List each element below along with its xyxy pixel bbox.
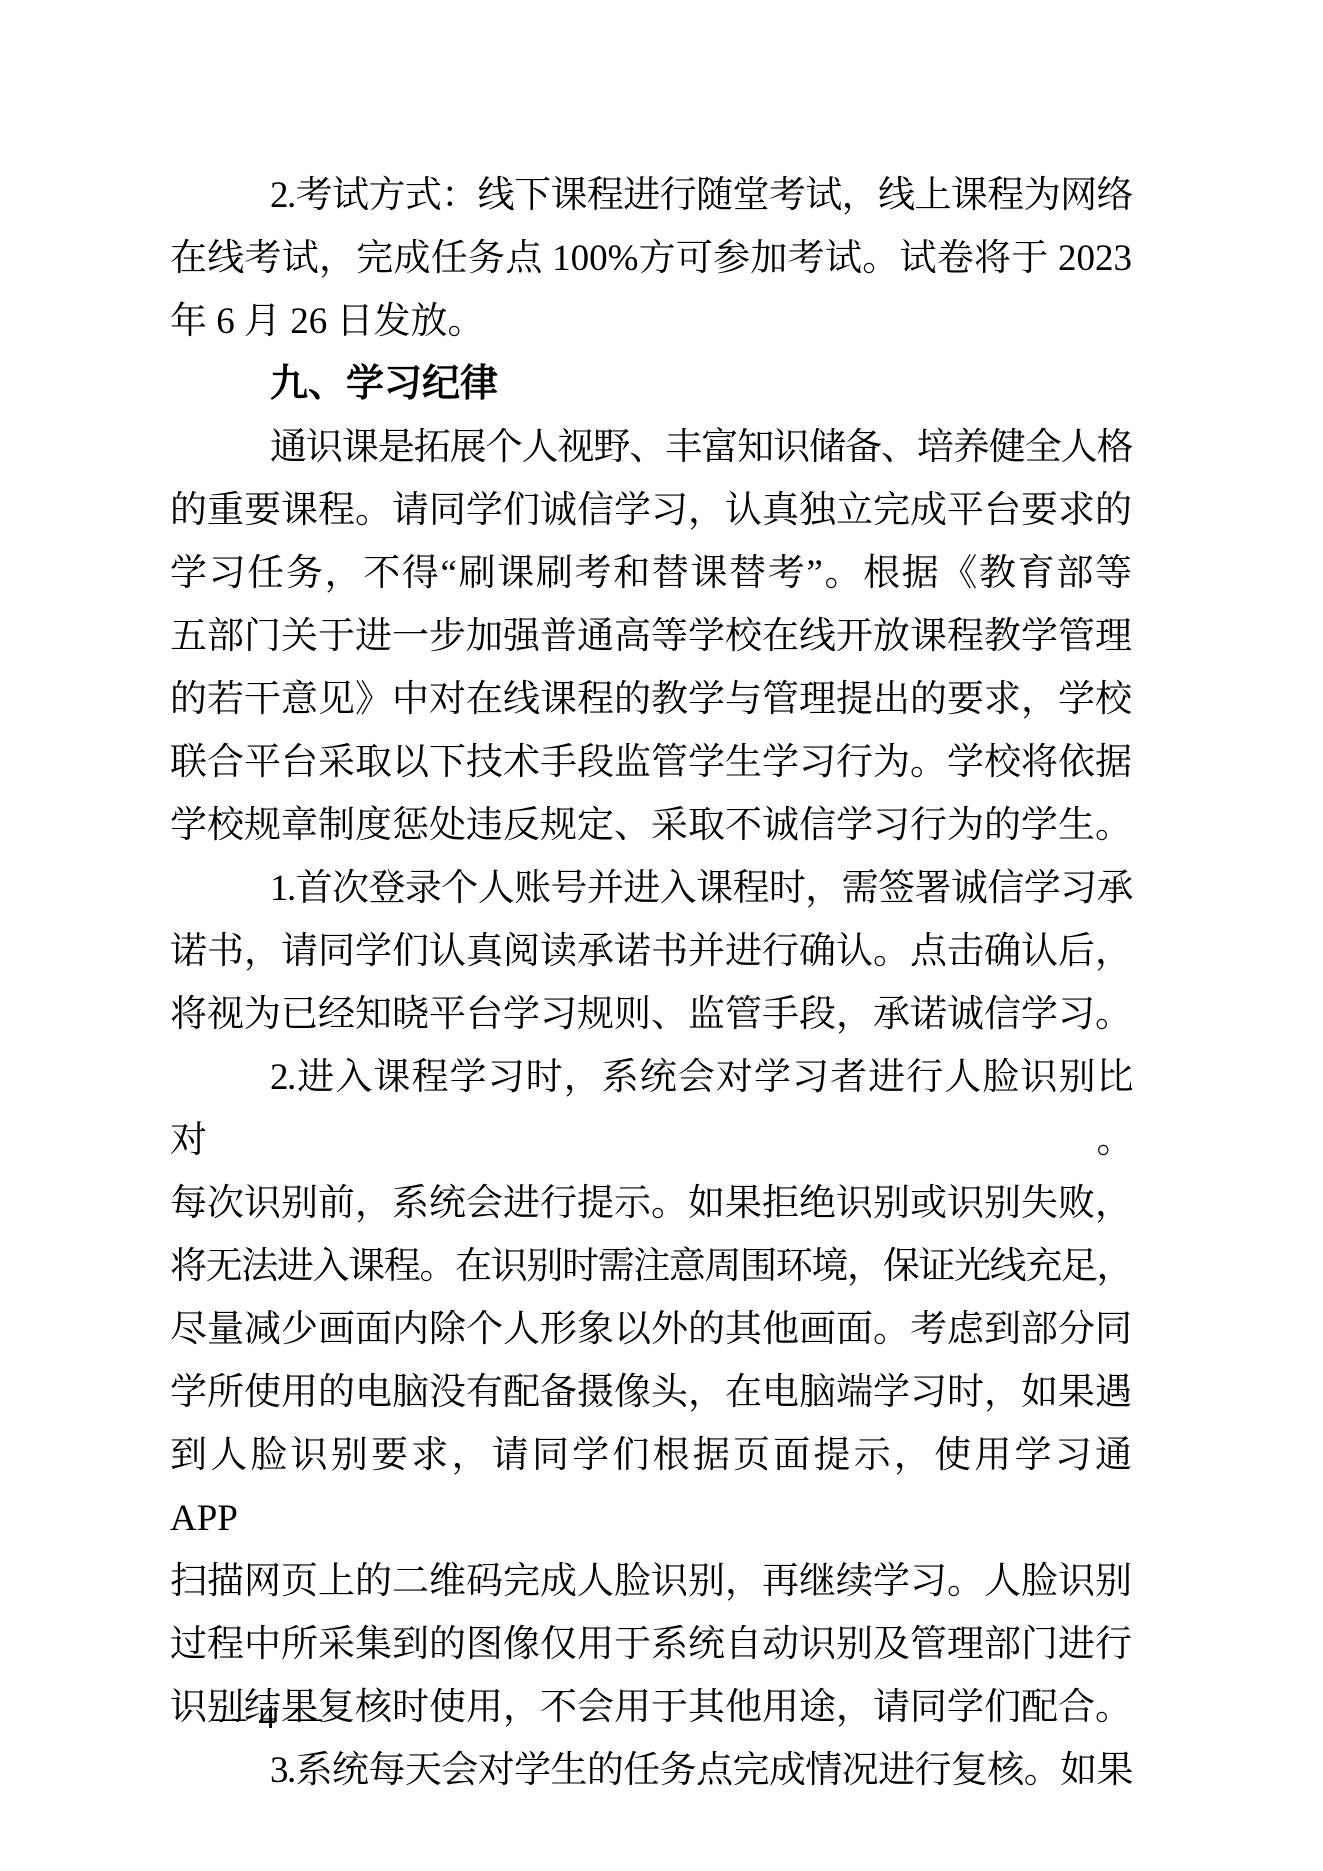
document-body: 2.考试方式：线下课程进行随堂考试，线上课程为网络 在线考试，完成任务点 100… bbox=[170, 164, 1132, 1802]
body-line: 尽量减少画面内除个人形象以外的其他画面。考虑到部分同 bbox=[170, 1298, 1132, 1361]
body-line: 学所使用的电脑没有配备摄像头，在电脑端学习时，如果遇 bbox=[170, 1361, 1132, 1424]
body-line: 2.进入课程学习时，系统会对学习者进行人脸识别比对。 bbox=[170, 1046, 1132, 1172]
body-line: 学校规章制度惩处违反规定、采取不诚信学习行为的学生。 bbox=[170, 794, 1132, 857]
body-line: 诺书，请同学们认真阅读承诺书并进行确认。点击确认后， bbox=[170, 920, 1132, 983]
document-page: 2.考试方式：线下课程进行随堂考试，线上课程为网络 在线考试，完成任务点 100… bbox=[0, 0, 1323, 1871]
body-line: 每次识别前，系统会进行提示。如果拒绝识别或识别失败， bbox=[170, 1172, 1132, 1235]
body-line: 的重要课程。请同学们诚信学习，认真独立完成平台要求的 bbox=[170, 479, 1132, 542]
body-line: 将无法进入课程。在识别时需注意周围环境，保证光线充足， bbox=[170, 1235, 1132, 1298]
body-line: 扫描网页上的二维码完成人脸识别，再继续学习。人脸识别 bbox=[170, 1550, 1132, 1613]
body-line: 1.首次登录个人账号并进入课程时，需签署诚信学习承 bbox=[170, 857, 1132, 920]
body-line: 五部门关于进一步加强普通高等学校在线开放课程教学管理 bbox=[170, 605, 1132, 668]
body-line: 年 6 月 26 日发放。 bbox=[170, 290, 1132, 353]
body-line: 过程中所采集到的图像仅用于系统自动识别及管理部门进行 bbox=[170, 1613, 1132, 1676]
body-line: 2.考试方式：线下课程进行随堂考试，线上课程为网络 bbox=[170, 164, 1132, 227]
body-line: 通识课是拓展个人视野、丰富知识储备、培养健全人格 bbox=[170, 416, 1132, 479]
section-heading: 九、学习纪律 bbox=[170, 353, 1132, 416]
body-line: 的若干意见》中对在线课程的教学与管理提出的要求，学校 bbox=[170, 668, 1132, 731]
body-line: 学习任务，不得“刷课刷考和替课替考”。根据《教育部等 bbox=[170, 542, 1132, 605]
body-line: 在线考试，完成任务点 100%方可参加考试。试卷将于 2023 bbox=[170, 227, 1132, 290]
body-line: 3.系统每天会对学生的任务点完成情况进行复核。如果 bbox=[170, 1739, 1132, 1802]
page-number: — 4 — bbox=[212, 1698, 324, 1738]
body-line: 联合平台采取以下技术手段监管学生学习行为。学校将依据 bbox=[170, 731, 1132, 794]
body-line: 将视为已经知晓平台学习规则、监管手段，承诺诚信学习。 bbox=[170, 983, 1132, 1046]
body-line: 到人脸识别要求，请同学们根据页面提示，使用学习通 APP bbox=[170, 1424, 1132, 1550]
